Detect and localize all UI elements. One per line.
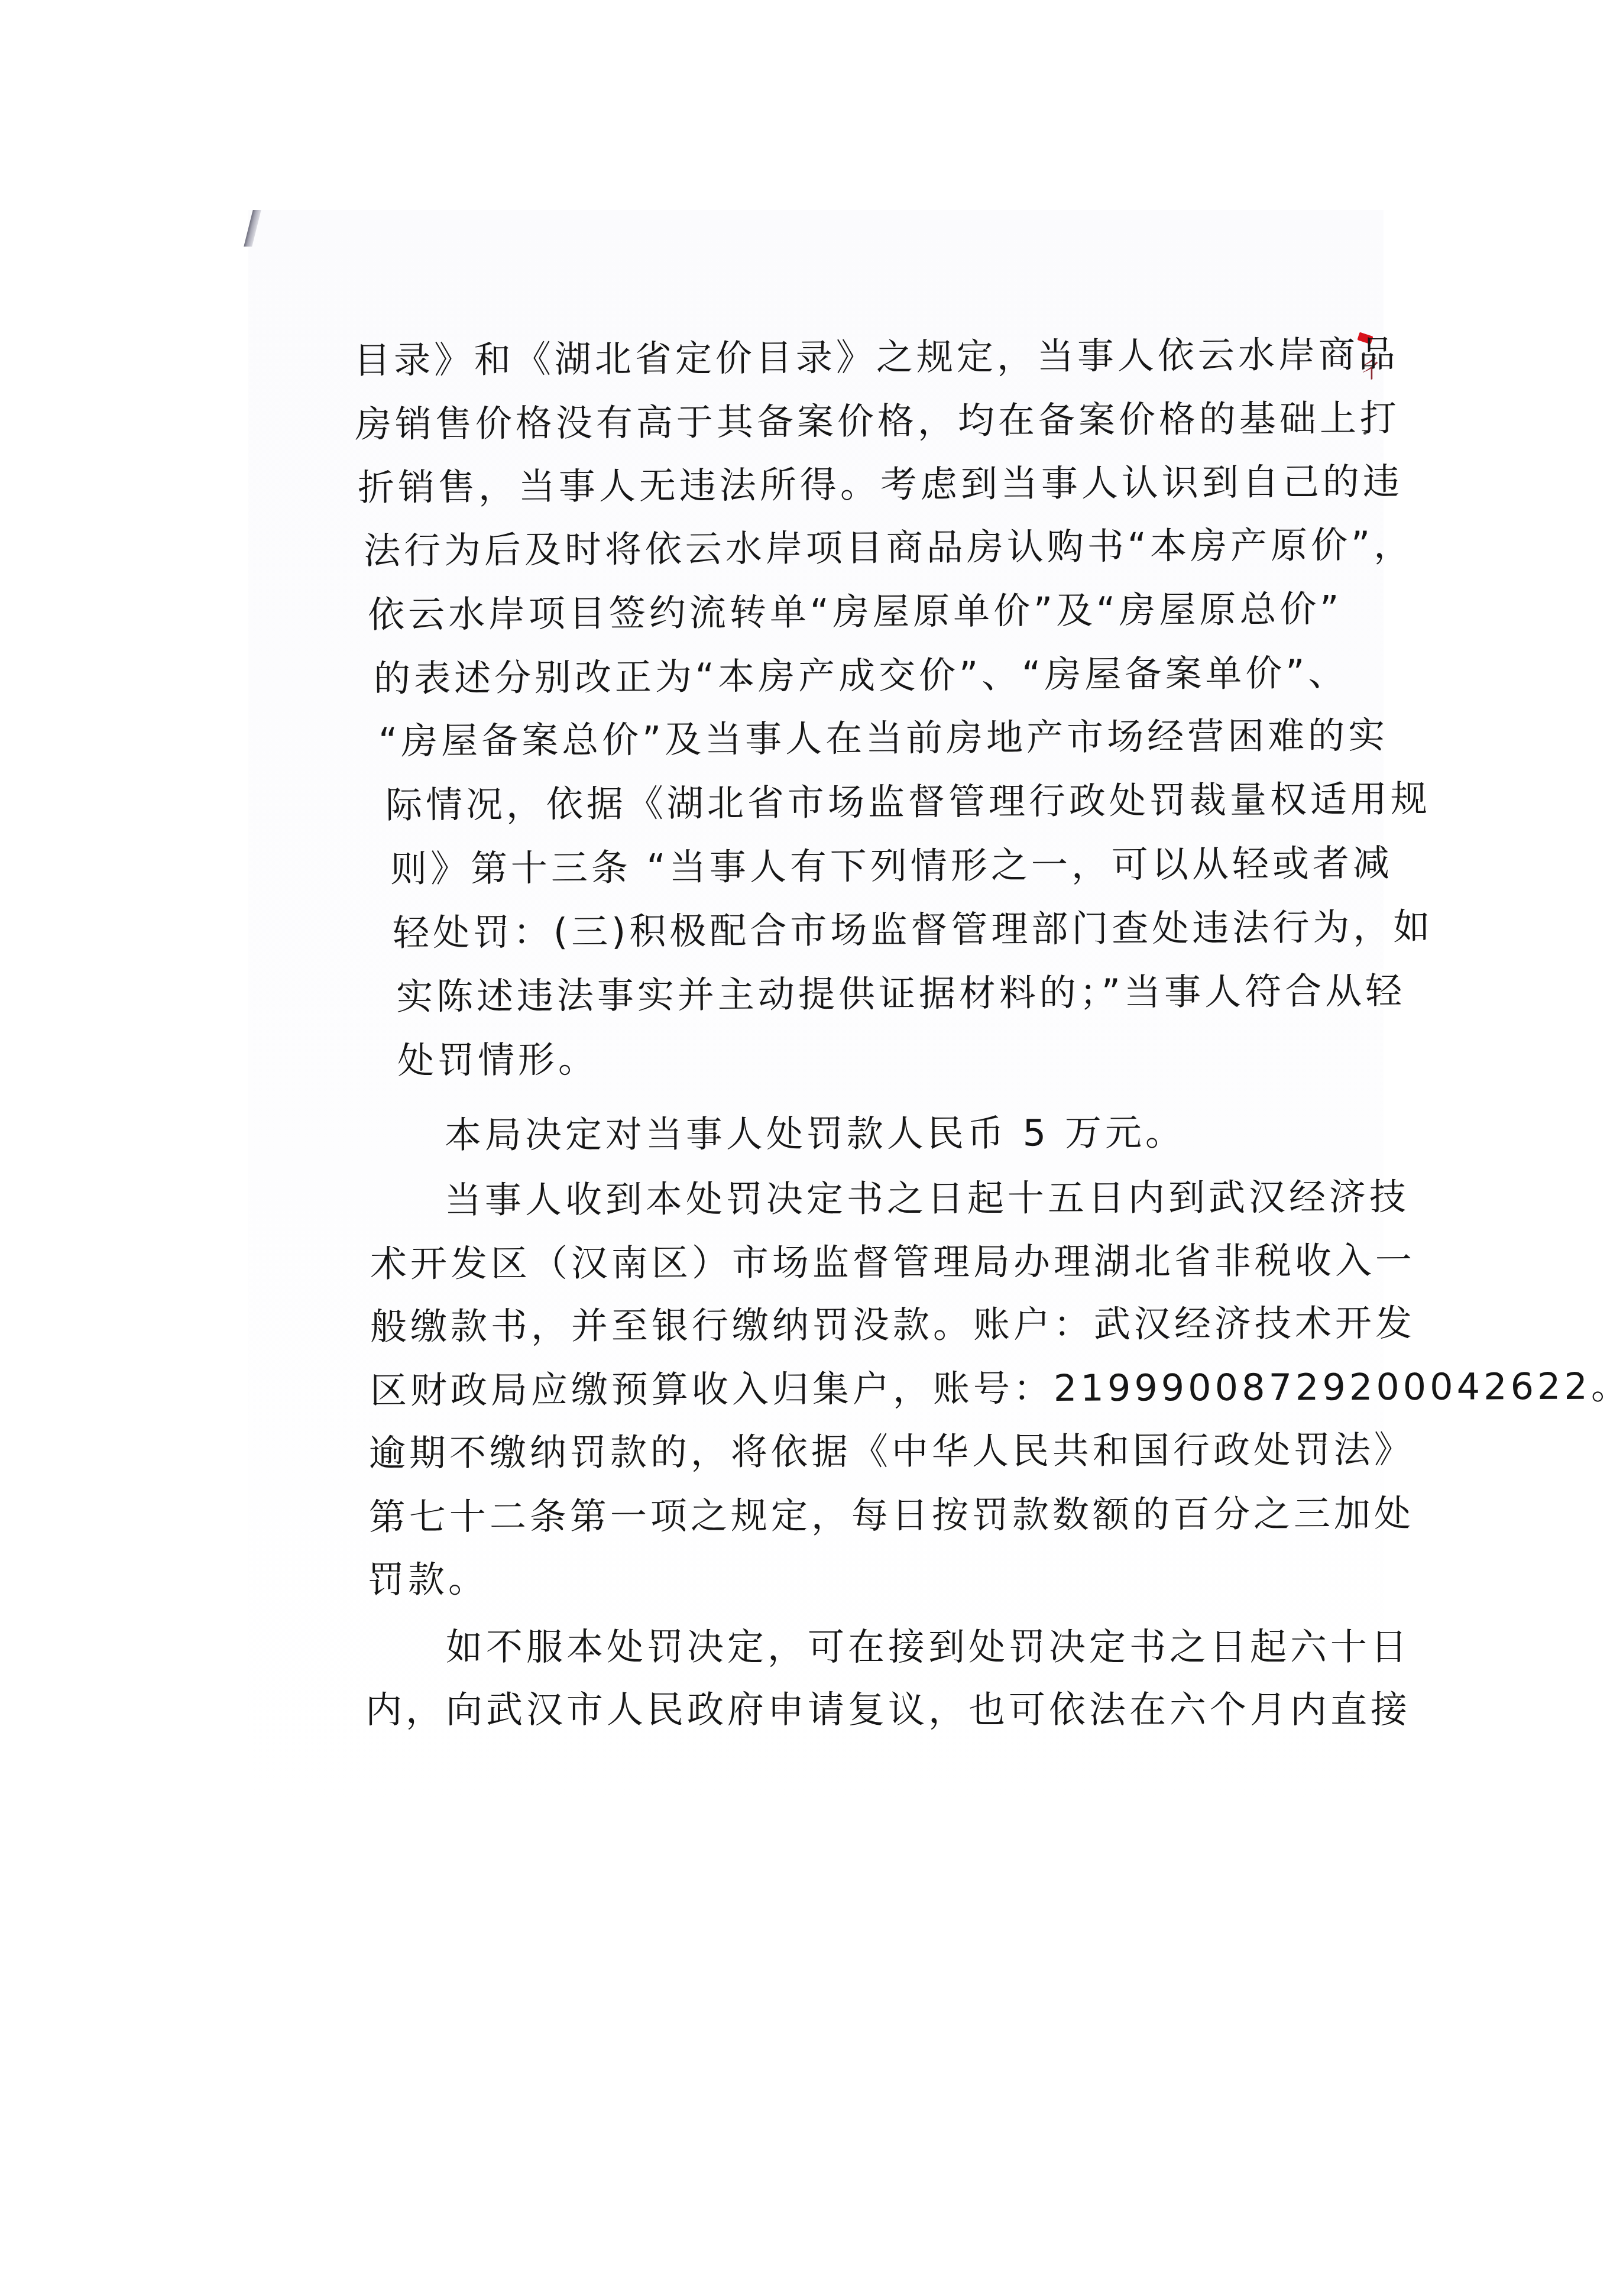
penalty-decision-line: 本局决定对当事人处罚款人民币 5 万元。 (445, 1109, 1185, 1159)
body-line: 法行为后及时将依云水岸项目商品房认购书“本房产原价”， (364, 521, 1414, 575)
body-line: “房屋备案总价”及当事人在当前房地产市场经营困难的实 (378, 712, 1389, 765)
body-line: 术开发区（汉南区）市场监督管理局办理湖北省非税收入一 (370, 1237, 1415, 1288)
account-number-line: 区财政局应缴预算收入归集户，账号：21999008729200042622。 (370, 1363, 1623, 1414)
body-line: 内，向武汉市人民政府申请复议，也可依法在六个月内直接 (365, 1686, 1411, 1734)
body-line: 际情况，依据《湖北省市场监督管理行政处罚裁量权适用规 (385, 775, 1431, 829)
body-line: 第七十二条第一项之规定，每日按罚款数额的百分之三加处 (369, 1490, 1414, 1541)
scanned-document-page: 彳 目录》和《湖北省定价目录》之规定，当事人依云水岸商品 房销售价格没有高于其备… (0, 0, 1623, 2296)
body-line: 实陈述违法事实并主动提供证据材料的；”当事人符合从轻 (396, 967, 1406, 1021)
body-line: 轻处罚：(三)积极配合市场监督管理部门查处违法行为，如 (393, 903, 1434, 957)
body-line: 的表述分别改正为“本房产成交价”、“房屋备案单价”、 (374, 649, 1349, 702)
body-line: 目录》和《湖北省定价目录》之规定，当事人依云水岸商品 (354, 331, 1399, 384)
body-line: 如不服本处罚决定，可在接到处罚决定书之日起六十日 (446, 1624, 1411, 1671)
body-line: 般缴款书，并至银行缴纳罚没款。账户：武汉经济技术开发 (370, 1300, 1415, 1351)
body-line: 房销售价格没有高于其备案价格，均在备案价格的基础上打 (355, 394, 1400, 448)
body-line: 当事人收到本处罚决定书之日起十五日内到武汉经济技 (445, 1173, 1410, 1224)
body-line: 处罚情形。 (397, 1036, 598, 1084)
body-line: 罚款。 (368, 1556, 488, 1604)
body-line: 逾期不缴纳罚款的，将依据《中华人民共和国行政处罚法》 (369, 1426, 1414, 1477)
body-line: 依云水岸项目签约流转单“房屋原单价”及“房屋原总价” (368, 585, 1343, 639)
body-line: 则》第十三条 “当事人有下列情形之一，可以从轻或者减 (390, 840, 1393, 893)
body-line: 折销售，当事人无违法所得。考虑到当事人认识到自己的违 (358, 458, 1403, 511)
